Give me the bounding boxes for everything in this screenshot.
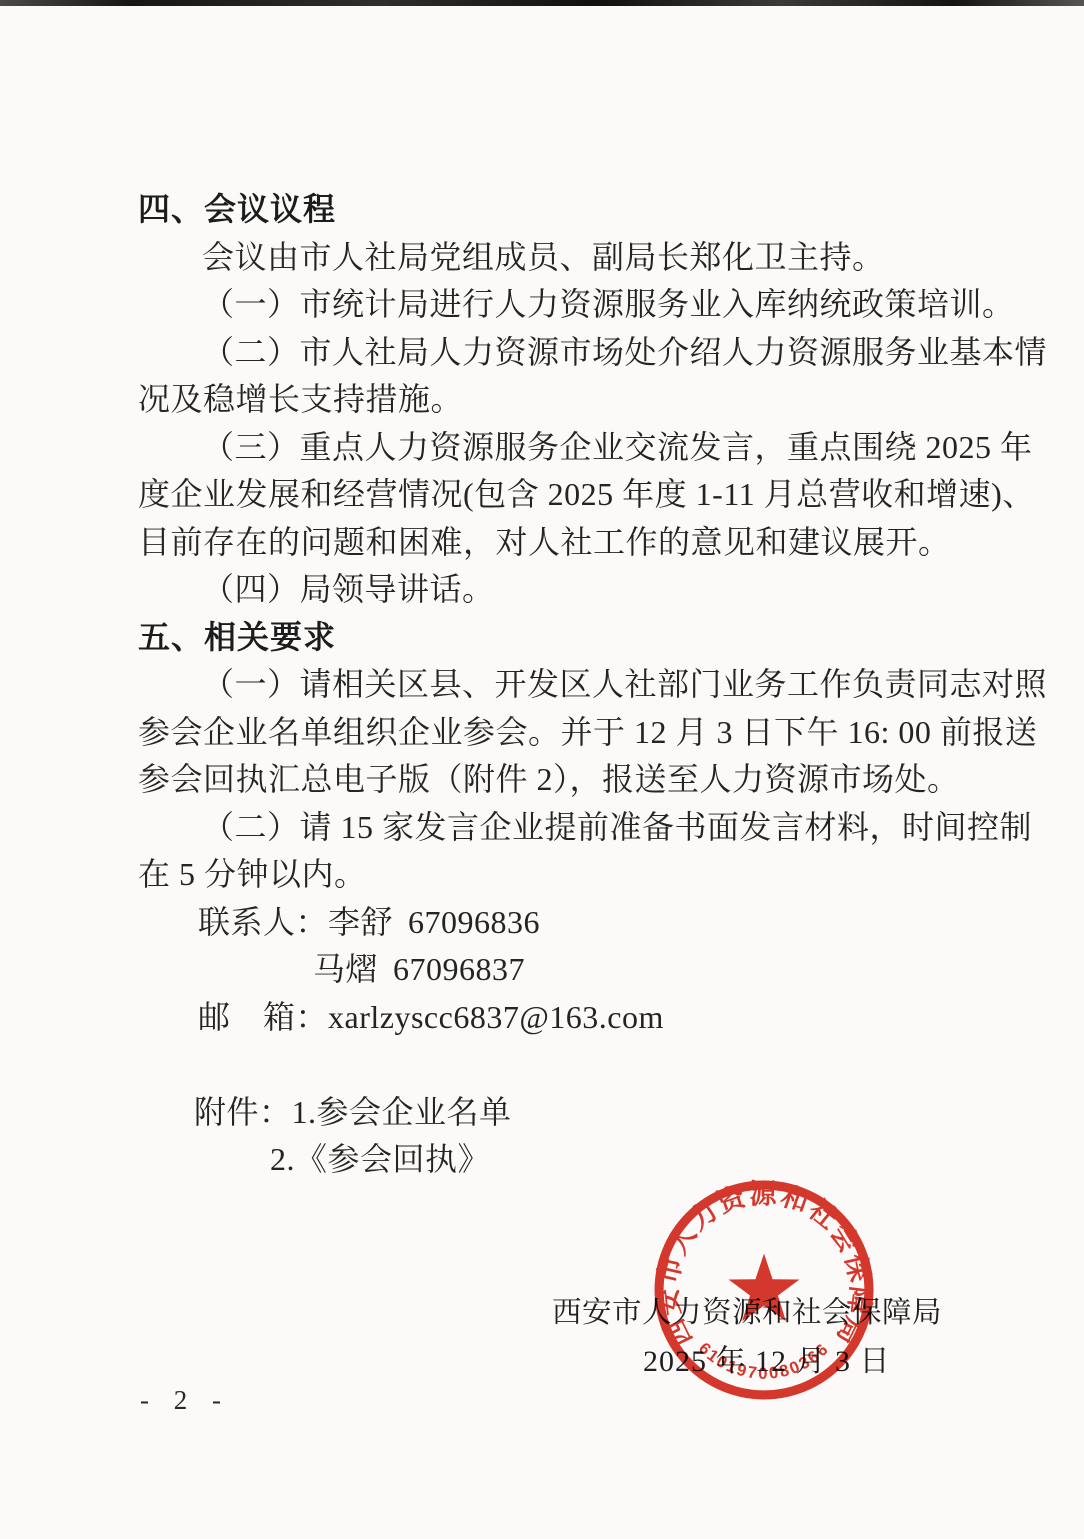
doc-line: 在 5 分钟以内。 [138,851,1038,899]
section-heading: 四、会议议程 [138,186,1038,234]
doc-line: 目前存在的问题和困难，对人社工作的意见和建议展开。 [138,519,1038,567]
doc-line: （二）市人社局人力资源市场处介绍人力资源服务业基本情 [138,329,1038,377]
doc-line: （三）重点人力资源服务企业交流发言，重点围绕 2025 年 [138,424,1038,472]
attachment-item: 2.《参会回执》 [270,1141,490,1177]
doc-line: （一）请相关区县、开发区人社部门业务工作负责同志对照 [138,661,1038,709]
contact-phone: 67096837 [393,951,525,987]
scan-edge-artifact [0,0,1084,6]
contact-line: 马熠67096837 [138,946,1038,994]
email-line: 邮 箱：xarlzyscc6837@163.com [138,994,1038,1042]
doc-line: 参会企业名单组织企业参会。并于 12 月 3 日下午 16: 00 前报送 [138,709,1038,757]
contact-line: 联系人：李舒67096836 [138,899,1038,947]
email-label: 邮 箱： [198,999,328,1035]
contact-label: 联系人： [198,904,328,940]
contact-phone: 67096836 [408,904,540,940]
attachments-line: 附件：1.参会企业名单 [138,1089,1038,1137]
attachment-item: 1.参会企业名单 [292,1094,512,1130]
doc-line: （二）请 15 家发言企业提前准备书面发言材料，时间控制 [138,804,1038,852]
page-number: - 2 - [140,1385,230,1416]
scanned-document-page: 四、会议议程 会议由市人社局党组成员、副局长郑化卫主持。 （一）市统计局进行人力… [0,0,1084,1539]
doc-line: （四）局领导讲话。 [138,566,1038,614]
doc-line: 参会回执汇总电子版（附件 2），报送至人力资源市场处。 [138,756,1038,804]
blank-line [138,1041,1038,1089]
doc-line: 况及稳增长支持措施。 [138,376,1038,424]
doc-line: 度企业发展和经营情况(包含 2025 年度 1-11 月总营收和增速)、 [138,471,1038,519]
official-seal: 西安市人力资源和社会保障局 6101970080366 [650,1176,878,1404]
email-value: xarlzyscc6837@163.com [328,999,664,1035]
seal-code: 6101970080366 [695,1339,833,1383]
attachments-label: 附件： [194,1094,292,1130]
star-icon [728,1254,799,1321]
contact-name: 马熠 [313,946,393,994]
attachments-line: 2.《参会回执》 [138,1136,1038,1184]
doc-line: 会议由市人社局党组成员、副局长郑化卫主持。 [138,234,1038,282]
doc-line: （一）市统计局进行人力资源服务业入库纳统政策培训。 [138,281,1038,329]
contact-name: 李舒 [328,899,408,947]
document-body: 四、会议议程 会议由市人社局党组成员、副局长郑化卫主持。 （一）市统计局进行人力… [138,186,1038,1184]
section-heading: 五、相关要求 [138,614,1038,662]
